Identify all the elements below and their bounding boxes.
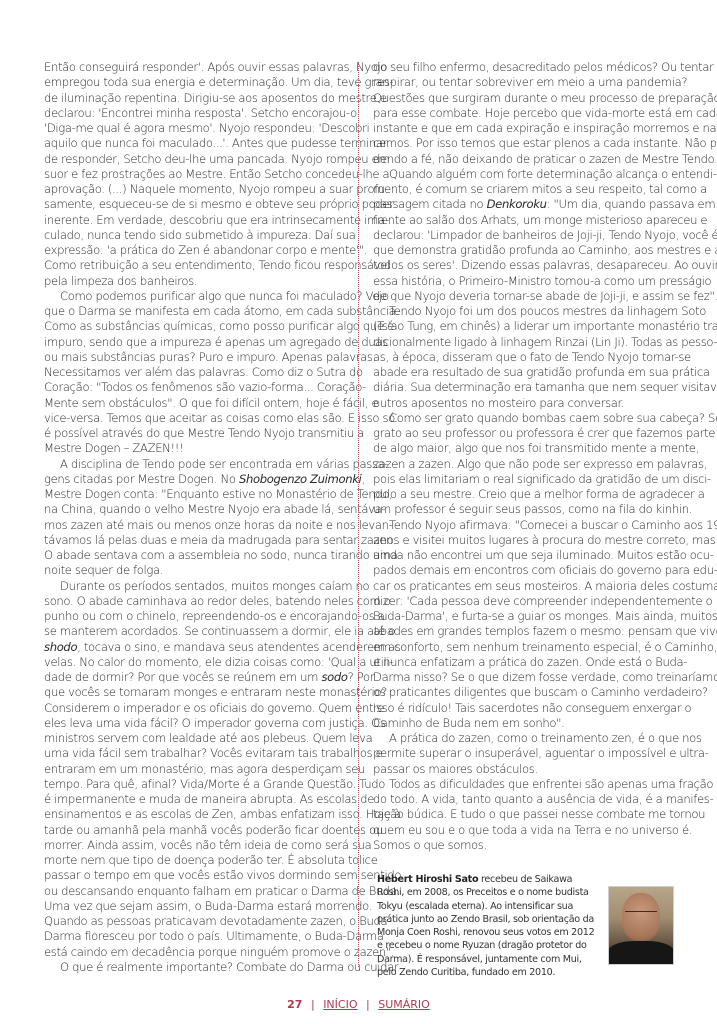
text-line: Buda-Darma', e furta-se a guiar os monge… (373, 609, 675, 624)
text-line: Questões que surgiram durante o meu proc… (373, 91, 675, 106)
text-line: passar o tempo em que vocês estão vivos … (44, 868, 346, 883)
text-line: quem eu sou e o que toda a vida na Terra… (373, 823, 675, 838)
text-line: está caindo em decadência porque ninguém… (44, 945, 346, 960)
text-line: passagem citada no Denkoroku: "Um dia, q… (373, 197, 675, 212)
text-line: noite sequer de folga. (44, 563, 346, 578)
text-line: as, à época, disseram que o fato de Tend… (373, 350, 675, 365)
text-line: entraram em um monastério, mas agora des… (44, 762, 346, 777)
footer-separator: | (366, 998, 370, 1011)
text-line: grato ao seu professor ou professora é c… (373, 426, 675, 441)
text-line: instante e que em cada expiração e inspi… (373, 121, 675, 136)
text-line: dizer: 'Cada pessoa deve compreender ind… (373, 594, 675, 609)
link-inicio[interactable]: INÍCIO (323, 998, 357, 1011)
text-line: Tendo Nyojo foi um dos poucos mestres da… (373, 304, 675, 319)
text-line: Darma nisso? Se o que dizem fosse verdad… (373, 670, 675, 685)
text-line: zazen a zazen. Algo que não pode ser exp… (373, 457, 675, 472)
text-line: shodo, tocava o sino, e mandava seus ate… (44, 640, 346, 655)
text-line: A disciplina de Tendo pode ser encontrad… (44, 457, 346, 472)
text-line: de iluminação repentina. Dirigiu-se aos … (44, 91, 346, 106)
text-line: ensinamentos e as escolas de Zen, ambas … (44, 807, 346, 822)
text-line: abade era resultado de sua gratidão prof… (373, 365, 675, 380)
text-line: declarou: 'Limpador de banheiros de Joji… (373, 228, 675, 243)
text-line: morrer. Ainda assim, vocês não têm ideia… (44, 838, 346, 853)
text-line: (Ts'ao Tung, em chinês) a liderar um imp… (373, 319, 675, 334)
text-line: impuro, sendo que a impureza é apenas um… (44, 335, 346, 350)
text-line: Mente sem obstáculos". O que foi difícil… (44, 396, 346, 411)
text-line: os praticantes diligentes que buscam o C… (373, 685, 675, 700)
text-line: Necessitamos ver além das palavras. Como… (44, 365, 346, 380)
left-column: Então conseguirá responder'. Após ouvir … (44, 60, 346, 975)
text-line: dade de dormir? Por que vocês se reúnem … (44, 670, 346, 685)
text-line: Durante os períodos sentados, muitos mon… (44, 579, 346, 594)
text-line: vice-versa. Temos que aceitar as coisas … (44, 411, 346, 426)
text-line: diária. Sua determinação era tamanha que… (373, 380, 675, 395)
text-line: velas. No calor do momento, ele dizia co… (44, 655, 346, 670)
text-line: um professor é seguir seus passos, como … (373, 502, 675, 517)
text-line: morte nem que tipo de doença poderão ter… (44, 853, 346, 868)
text-line: é impermanente e muda de maneira abrupta… (44, 792, 346, 807)
text-line: passar os maiores obstáculos. (373, 762, 675, 777)
text-line: sono. O abade caminhava ao redor deles, … (44, 594, 346, 609)
text-line: abades em grandes templos fazem o mesmo:… (373, 624, 675, 639)
text-line: empregou toda sua energia e determinação… (44, 75, 346, 90)
footer-separator: | (311, 998, 315, 1011)
text-line: Quando alguém com forte determinação alc… (373, 167, 675, 182)
text-line: do todo. A vida, tanto quanto a ausência… (373, 792, 675, 807)
text-line: Como podemos purificar algo que nunca fo… (44, 289, 346, 304)
text-line: eles leva uma vida fácil? O imperador go… (44, 716, 346, 731)
text-line: ou descansando enquanto falham em pratic… (44, 884, 346, 899)
text-line: Uma vez que sejam assim, o Buda-Darma es… (44, 899, 346, 914)
text-line: O que é realmente importante? Combate do… (44, 960, 346, 975)
text-line: para esse combate. Hoje percebo que vida… (373, 106, 675, 121)
text-line: aprovação. (...) Naquele momento, Nyojo … (44, 182, 346, 197)
author-bio: Hebert Hiroshi Sato recebeu de Saikawa R… (377, 873, 597, 979)
text-line: tempo. Para quê, afinal? Vida/Morte é a … (44, 777, 346, 792)
text-line: Como as substâncias químicas, como posso… (44, 319, 346, 334)
author-photo-glasses (625, 911, 657, 918)
text-line: Mestre Dogen – ZAZEN!!! (44, 441, 346, 456)
text-line: que o Darma se manifesta em cada átomo, … (44, 304, 346, 319)
text-line: pois elas limitariam o real significado … (373, 472, 675, 487)
text-line: car os praticantes em seus mosteiros. A … (373, 579, 675, 594)
text-line: gens citadas por Mestre Dogen. No Shobog… (44, 472, 346, 487)
text-line: samente, esqueceu-se de si mesmo e obtev… (44, 197, 346, 212)
text-line: uma vida fácil sem trabalhar? Vocês evit… (44, 746, 346, 761)
text-line: mos zazen até mais ou menos onze horas d… (44, 518, 346, 533)
text-line: de algo maior, algo que nos foi transmit… (373, 441, 675, 456)
text-line: ministros servem com lealdade até aos pl… (44, 731, 346, 746)
text-line: de que Nyojo deveria tornar-se abade de … (373, 289, 675, 304)
text-line: ainda não encontrei um que seja iluminad… (373, 548, 675, 563)
text-line: punho ou com o chinelo, repreendendo-os … (44, 609, 346, 624)
text-line: culado, nunca tendo sido submetido à imp… (44, 228, 346, 243)
text-line: távamos lá pelas duas e meia da madrugad… (44, 533, 346, 548)
text-line: tação búdica. E tudo o que passei nesse … (373, 807, 675, 822)
text-line: expressão: 'a prática do Zen é abandonar… (44, 243, 346, 258)
text-line: declarou: 'Encontrei minha resposta'. Se… (44, 106, 346, 121)
text-line: anos e visitei muitos lugares à procura … (373, 533, 675, 548)
text-line: outros aposentos no mosteiro para conver… (373, 396, 675, 411)
text-line: pela limpeza dos banheiros. (44, 274, 346, 289)
text-line: que demonstra gratidão profunda ao Camin… (373, 243, 675, 258)
text-line: na China, quando o velho Mestre Nyojo er… (44, 502, 346, 517)
text-line: todos os seres'. Dizendo essas palavras,… (373, 258, 675, 273)
text-line: aquilo que nunca foi maculado...'. Antes… (44, 136, 346, 151)
text-line: mento, é comum se criarem mitos a seu re… (373, 182, 675, 197)
text-line: essa história, o Primeiro-Ministro tomou… (373, 274, 675, 289)
text-line: suor e fez prostrações ao Mestre. Então … (44, 167, 346, 182)
right-column: do seu filho enfermo, desacreditado pelo… (373, 60, 675, 853)
page-number: 27 (287, 998, 302, 1011)
text-line: Como ser grato quando bombas caem sobre … (373, 411, 675, 426)
text-line: respirar, ou tentar sobreviver em meio a… (373, 75, 675, 90)
text-line: Quando as pessoas praticavam devotadamen… (44, 914, 346, 929)
text-line: dicionalmente ligado à linhagem Rinzai (… (373, 335, 675, 350)
text-line: Todos as dificuldades que enfrentei são … (373, 777, 675, 792)
link-sumario[interactable]: SUMÁRIO (378, 998, 430, 1011)
text-line: pados demais em encontros com oficiais d… (373, 563, 675, 578)
text-line: Considerem o imperador e os oficiais do … (44, 701, 346, 716)
text-line: de responder, Setcho deu-lhe uma pancada… (44, 152, 346, 167)
column-divider (358, 62, 359, 967)
text-line: Caminho de Buda nem em sonho". (373, 716, 675, 731)
text-line: Como retribuição a seu entendimento, Ten… (44, 258, 346, 273)
text-line: que vocês se tornaram monges e entraram … (44, 685, 346, 700)
author-photo-body (608, 941, 674, 965)
text-line: Tendo Nyojo afirmava: "Comecei a buscar … (373, 518, 675, 533)
text-line: Então conseguirá responder'. Após ouvir … (44, 60, 346, 75)
text-line: dendo a fé, não deixando de praticar o z… (373, 152, 675, 167)
text-line: Mestre Dogen conta: "Enquanto estive no … (44, 487, 346, 502)
text-line: O abade sentava com a assembleia no sodo… (44, 548, 346, 563)
author-photo (608, 886, 674, 965)
text-line: é possível através do que Mestre Tendo N… (44, 426, 346, 441)
text-line: e nunca enfatizam a prática do zazen. On… (373, 655, 675, 670)
text-line: Coração: "Todos os fenômenos são vazio-f… (44, 380, 346, 395)
text-line: cemos. Por isso temos que estar plenos a… (373, 136, 675, 151)
text-line: ou mais substâncias puras? Puro e impuro… (44, 350, 346, 365)
text-line: Somos o que somos. (373, 838, 675, 853)
text-line: frente ao salão dos Arhats, um monge mis… (373, 213, 675, 228)
text-line: permite superar o insuperável, aguentar … (373, 746, 675, 761)
text-line: Darma floresceu por todo o país. Ultimam… (44, 929, 346, 944)
text-line: do seu filho enfermo, desacreditado pelo… (373, 60, 675, 75)
text-line: em conforto, sem nenhum treinamento espe… (373, 640, 675, 655)
author-name: Hebert Hiroshi Sato (377, 874, 478, 885)
text-line: se manterem acordados. Se continuassem a… (44, 624, 346, 639)
text-line: 'Diga-me qual é agora mesmo'. Nyojo resp… (44, 121, 346, 136)
text-line: pulo a seu mestre. Creio que a melhor fo… (373, 487, 675, 502)
page-footer: 27 | INÍCIO | SUMÁRIO (0, 998, 717, 1011)
text-line: tarde ou amanhã pela manhã vocês poderão… (44, 823, 346, 838)
text-line: Isso é ridículo! Tais sacerdotes não con… (373, 701, 675, 716)
author-bio-text: recebeu de Saikawa Roshi, em 2008, os Pr… (377, 874, 594, 978)
text-line: inerente. Em verdade, descobriu que era … (44, 213, 346, 228)
text-line: A prática do zazen, como o treinamento z… (373, 731, 675, 746)
